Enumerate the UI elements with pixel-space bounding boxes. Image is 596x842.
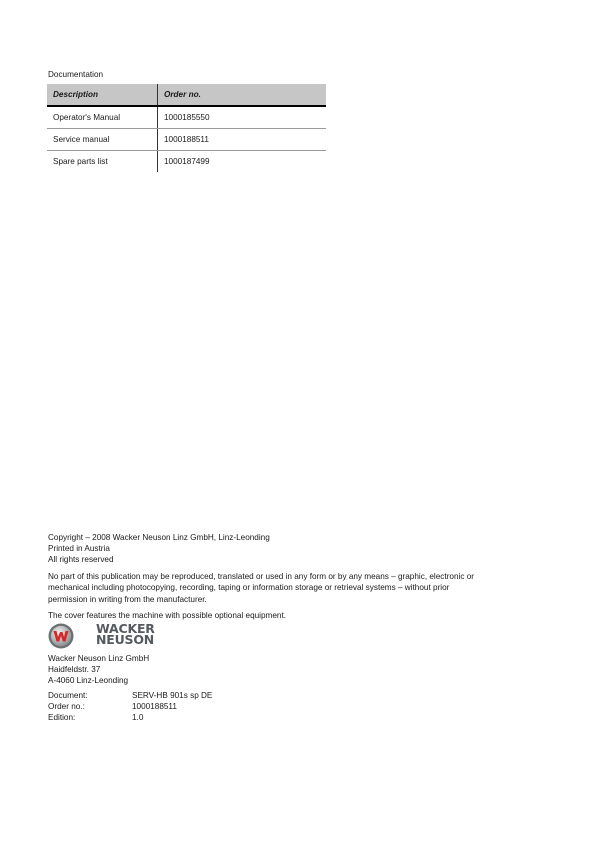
table-header-row: Description Order no. bbox=[47, 84, 326, 106]
documentation-table: Description Order no. Operator's Manual … bbox=[47, 84, 326, 172]
cell-order-no: 1000185550 bbox=[158, 106, 327, 129]
street: Haidfeldstr. 37 bbox=[48, 664, 149, 675]
copyright-line: Copyright – 2008 Wacker Neuson Linz GmbH… bbox=[48, 532, 270, 543]
meta-row-order-no: Order no.: 1000188511 bbox=[48, 701, 212, 712]
meta-value: SERV-HB 901s sp DE bbox=[132, 690, 212, 701]
documentation-heading: Documentation bbox=[48, 69, 103, 80]
copyright-block: Copyright – 2008 Wacker Neuson Linz GmbH… bbox=[48, 532, 270, 565]
cell-order-no: 1000188511 bbox=[158, 129, 327, 151]
meta-row-edition: Edition: 1.0 bbox=[48, 712, 212, 723]
rights-line: All rights reserved bbox=[48, 554, 270, 565]
cover-note: The cover features the machine with poss… bbox=[48, 610, 286, 621]
company-name: Wacker Neuson Linz GmbH bbox=[48, 653, 149, 664]
meta-value: 1.0 bbox=[132, 712, 143, 723]
meta-label: Document: bbox=[48, 690, 132, 701]
cell-order-no: 1000187499 bbox=[158, 151, 327, 173]
meta-value: 1000188511 bbox=[132, 701, 177, 712]
printed-line: Printed in Austria bbox=[48, 543, 270, 554]
table-row: Operator's Manual 1000185550 bbox=[47, 106, 326, 129]
cell-description: Spare parts list bbox=[47, 151, 158, 173]
document-meta: Document: SERV-HB 901s sp DE Order no.: … bbox=[48, 690, 212, 723]
logo-line-neuson: NEUSON bbox=[96, 634, 155, 645]
table-row: Spare parts list 1000187499 bbox=[47, 151, 326, 173]
meta-label: Edition: bbox=[48, 712, 132, 723]
column-header-description: Description bbox=[47, 84, 158, 106]
meta-label: Order no.: bbox=[48, 701, 132, 712]
table-row: Service manual 1000188511 bbox=[47, 129, 326, 151]
wacker-neuson-logo-text: WACKER NEUSON bbox=[96, 623, 155, 645]
column-header-order-no: Order no. bbox=[158, 84, 327, 106]
meta-row-document: Document: SERV-HB 901s sp DE bbox=[48, 690, 212, 701]
company-address: Wacker Neuson Linz GmbH Haidfeldstr. 37 … bbox=[48, 653, 149, 686]
city: A-4060 Linz-Leonding bbox=[48, 675, 149, 686]
disclaimer-text: No part of this publication may be repro… bbox=[48, 571, 478, 605]
cell-description: Service manual bbox=[47, 129, 158, 151]
cell-description: Operator's Manual bbox=[47, 106, 158, 129]
